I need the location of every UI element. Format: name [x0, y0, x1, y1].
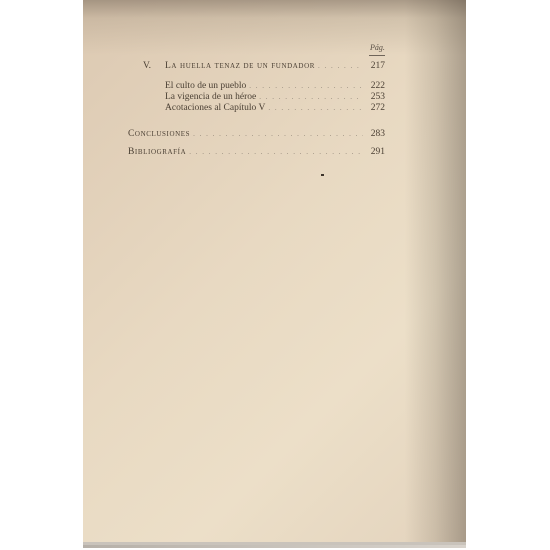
entry-title: Bibliografía: [128, 147, 189, 157]
entry-page: 272: [363, 103, 385, 113]
toc-entry-sub: La vigencia de un héroe . . . . . . . . …: [165, 92, 385, 103]
ink-speck: [321, 174, 324, 176]
entry-title: La huella tenaz de un fundador: [165, 61, 315, 71]
toc-entry-sub: Acotaciones al Capítulo V . . . . . . . …: [165, 103, 385, 114]
chapter-number: V.: [143, 61, 165, 71]
entry-page: 283: [363, 129, 385, 139]
page-column-header: Pág.: [370, 43, 385, 52]
entry-page: 222: [363, 81, 385, 91]
table-of-contents: Pág. V.La huella tenaz de un fundador . …: [0, 0, 550, 550]
dot-leader: . . . . . . . . . . . . . . . . . . . . …: [189, 148, 363, 156]
toc-entry-sub: El culto de un pueblo . . . . . . . . . …: [165, 81, 385, 92]
toc-entry-conclusiones: Conclusiones . . . . . . . . . . . . . .…: [128, 129, 385, 140]
entry-title: Conclusiones: [128, 129, 193, 139]
dot-leader: . . . . . . . . . . . . . . . . . . . . …: [193, 130, 363, 138]
toc-entry-chapter-v: V.La huella tenaz de un fundador . . . .…: [143, 61, 385, 72]
dot-leader: . . . . . . . . . . . . . . . . . . . . …: [249, 82, 363, 90]
entry-page: 253: [363, 92, 385, 102]
dot-leader: . . . . . . . . . . . . . . . . . . . . …: [318, 62, 363, 70]
entry-page: 217: [363, 61, 385, 71]
entry-title: Acotaciones al Capítulo V: [165, 103, 268, 113]
entry-page: 291: [363, 147, 385, 157]
header-rule: [369, 55, 385, 56]
toc-entry-bibliografia: Bibliografía . . . . . . . . . . . . . .…: [128, 147, 385, 158]
entry-label: V.La huella tenaz de un fundador: [143, 61, 318, 71]
entry-title: La vigencia de un héroe: [165, 92, 259, 102]
dot-leader: . . . . . . . . . . . . . . . . . . . . …: [259, 93, 363, 101]
dot-leader: . . . . . . . . . . . . . . . . . . . . …: [268, 104, 363, 112]
entry-title: El culto de un pueblo: [165, 81, 249, 91]
